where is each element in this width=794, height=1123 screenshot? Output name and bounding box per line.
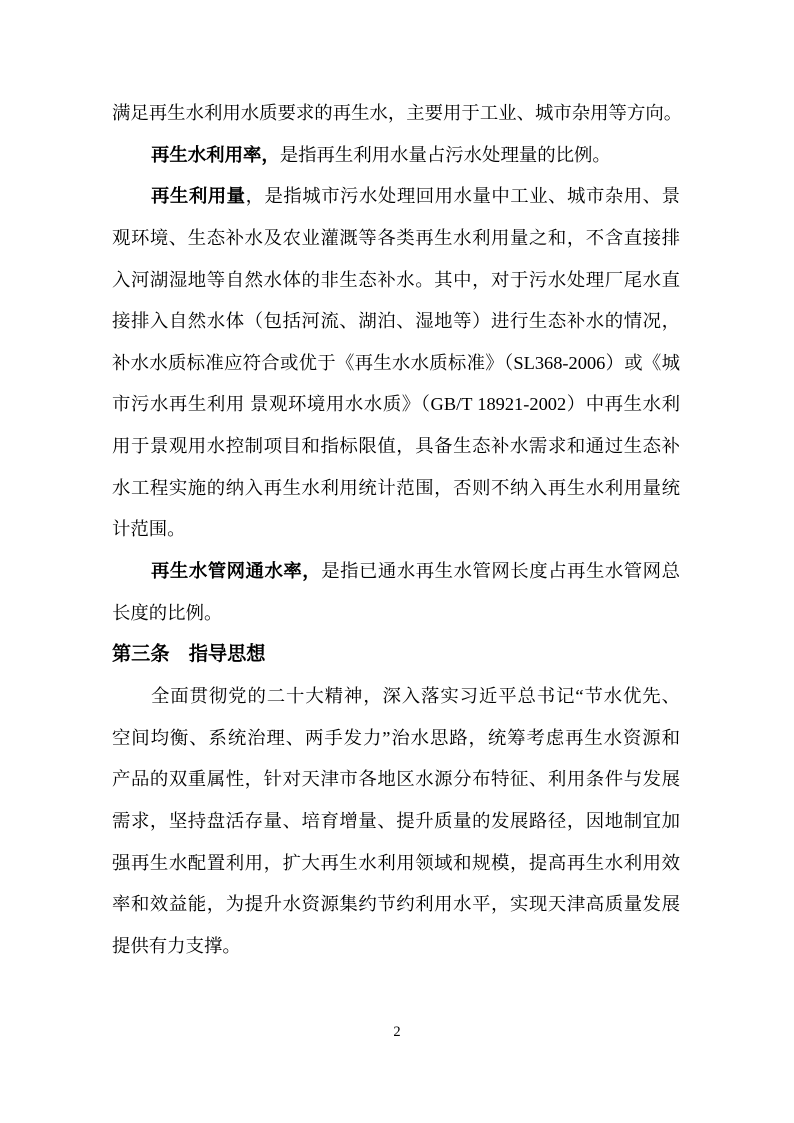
text-line: 需求，坚持盘活存量、培育增量、提升质量的发展路径，因地制宜加 [112, 801, 680, 843]
text-run: 入河湖湿地等自然水体的非生态补水。其中，对于污水处理厂尾水直 [112, 270, 680, 290]
term-emphasis: 再生水管网通水率， [151, 561, 321, 581]
text-line: 再生利用量，是指城市污水处理回用水量中工业、城市杂用、景 [112, 176, 680, 218]
text-line: 满足再生水利用水质要求的再生水，主要用于工业、城市杂用等方向。 [112, 93, 680, 135]
text-run: 全面贯彻党的二十大精神，深入落实习近平总书记“节水优先、 [151, 686, 680, 706]
text-run: 补水水质标准应符合或优于《再生水水质标准》（SL368-2006）或《城 [112, 353, 680, 373]
text-run: 观环境、生态补水及农业灌溉等各类再生水利用量之和，不含直接排 [112, 228, 680, 248]
text-run: 空间均衡、系统治理、两手发力”治水思路，统筹考虑再生水资源和 [112, 728, 680, 748]
text-line: 市污水再生利用 景观环境用水水质》（GB/T 18921-2002）中再生水利 [112, 384, 680, 426]
text-run: ，是指城市污水处理回用水量中工业、城市杂用、景 [246, 186, 680, 206]
text-run: 计范围。 [112, 519, 186, 539]
text-line: 率和效益能，为提升水资源集约节约利用水平，实现天津高质量发展 [112, 884, 680, 926]
text-line: 接排入自然水体（包括河流、湖泊、湿地等）进行生态补水的情况， [112, 301, 680, 343]
text-run: 是指已通水再生水管网长度占再生水管网总 [321, 561, 680, 581]
text-run: 用于景观用水控制项目和指标限值，具备生态补水需求和通过生态补 [112, 436, 680, 456]
text-run: 接排入自然水体（包括河流、湖泊、湿地等）进行生态补水的情况， [112, 311, 680, 331]
text-run: 是指再生利用水量占污水处理量的比例。 [280, 145, 611, 165]
text-line: 空间均衡、系统治理、两手发力”治水思路，统筹考虑再生水资源和 [112, 718, 680, 760]
text-run: 提供有力支撑。 [112, 936, 241, 956]
text-line: 再生水管网通水率，是指已通水再生水管网长度占再生水管网总 [112, 551, 680, 593]
term-emphasis: 再生利用量 [151, 186, 246, 206]
text-run: 满足再生水利用水质要求的再生水，主要用于工业、城市杂用等方向。 [112, 103, 680, 123]
text-run: 率和效益能，为提升水资源集约节约利用水平，实现天津高质量发展 [112, 894, 680, 914]
text-line: 全面贯彻党的二十大精神，深入落实习近平总书记“节水优先、 [112, 676, 680, 718]
term-emphasis: 再生水利用率， [151, 145, 280, 165]
text-line: 提供有力支撑。 [112, 926, 680, 968]
page-number: 2 [0, 1022, 794, 1042]
text-line: 水工程实施的纳入再生水利用统计范围，否则不纳入再生水利用量统 [112, 468, 680, 510]
text-run: 产品的双重属性，针对天津市各地区水源分布特征、利用条件与发展 [112, 769, 680, 789]
text-run: 需求，坚持盘活存量、培育增量、提升质量的发展路径，因地制宜加 [112, 811, 680, 831]
text-line: 长度的比例。 [112, 593, 680, 635]
text-run: 强再生水配置利用，扩大再生水利用领域和规模，提高再生水利用效 [112, 853, 680, 873]
section-heading: 第三条 指导思想 [112, 634, 680, 676]
text-line: 强再生水配置利用，扩大再生水利用领域和规模，提高再生水利用效 [112, 843, 680, 885]
text-line: 再生水利用率，是指再生利用水量占污水处理量的比例。 [112, 135, 680, 177]
text-run: 长度的比例。 [112, 603, 222, 623]
document-text: 满足再生水利用水质要求的再生水，主要用于工业、城市杂用等方向。再生水利用率，是指… [112, 93, 680, 967]
text-line: 产品的双重属性，针对天津市各地区水源分布特征、利用条件与发展 [112, 759, 680, 801]
text-line: 入河湖湿地等自然水体的非生态补水。其中，对于污水处理厂尾水直 [112, 260, 680, 302]
text-line: 补水水质标准应符合或优于《再生水水质标准》（SL368-2006）或《城 [112, 343, 680, 385]
document-page: 满足再生水利用水质要求的再生水，主要用于工业、城市杂用等方向。再生水利用率，是指… [0, 0, 794, 1123]
text-run: 市污水再生利用 景观环境用水水质》（GB/T 18921-2002）中再生水利 [112, 394, 680, 414]
text-line: 用于景观用水控制项目和指标限值，具备生态补水需求和通过生态补 [112, 426, 680, 468]
text-line: 计范围。 [112, 509, 680, 551]
text-run: 第三条 指导思想 [112, 644, 266, 665]
text-line: 观环境、生态补水及农业灌溉等各类再生水利用量之和，不含直接排 [112, 218, 680, 260]
text-run: 水工程实施的纳入再生水利用统计范围，否则不纳入再生水利用量统 [112, 478, 680, 498]
